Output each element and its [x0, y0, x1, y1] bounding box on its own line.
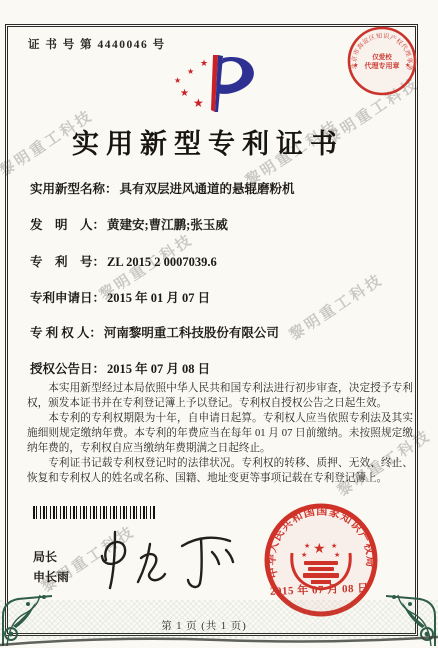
legal-paragraph: 本专利的专利权期限为十年，自申请日起算。专利权人应当依照专利法及其实施细则规定缴…: [27, 411, 413, 456]
field-value: 河南黎明重工科技股份有限公司: [104, 326, 279, 340]
logo-p-bowl: [218, 57, 254, 94]
signature-stroke: [188, 539, 202, 587]
photo-bottom-edge: [0, 632, 438, 648]
director-title: 局长: [33, 547, 69, 567]
ornament-dot: [26, 602, 30, 606]
logo-star-icon: ★: [200, 58, 208, 68]
director-signature: [88, 524, 248, 596]
field-label: 实用新型名称：: [30, 182, 118, 196]
legal-body-text: 本实用新型经过本局依照中华人民共和国专利法进行初步审查，决定授予专利权，颁发本证…: [27, 381, 413, 486]
field-label: 专利申请日：: [30, 291, 105, 305]
certificate-title: 实用新型专利证书: [0, 122, 416, 161]
director-block: 局长 申长雨: [33, 547, 69, 587]
signature-stroke: [110, 532, 115, 588]
emblem-star-icon: ★: [331, 542, 337, 550]
emblem-gate-roof: [304, 561, 338, 565]
sipo-logo: ★ ★ ★ ★ ★: [160, 54, 280, 116]
emblem-star-icon: ★: [304, 542, 310, 550]
logo-star-icon: ★: [180, 88, 189, 99]
logo-star-icon: ★: [187, 67, 194, 76]
emblem-star-icon: ★: [334, 551, 340, 559]
field-filing-date: 专利申请日：2015 年 01 月 07 日: [30, 288, 408, 306]
field-value: 具有双层进风通道的悬辊磨粉机: [120, 182, 295, 196]
field-label: 发 明 人：: [30, 218, 105, 232]
legal-paragraph: 专利证书记载专利权登记时的法律状况。专利权的转移、质押、无效、终止、恢复和专利权…: [27, 456, 413, 486]
field-grant-date: 授权公告日：2015 年 07 月 08 日: [30, 359, 408, 377]
field-label: 授权公告日：: [30, 362, 105, 376]
agency-stamp: 北京市海淀区知识产权代理事务所 仅爱校 代理专用章 ★ ★: [345, 23, 419, 99]
ornament-dot: [392, 595, 396, 599]
logo-star-icon: ★: [174, 76, 181, 85]
field-value: ZL 2015 2 0007039.6: [107, 255, 217, 269]
ornament-dot: [408, 602, 412, 606]
emblem-star-icon: ★: [301, 551, 307, 559]
barcode: [33, 506, 155, 519]
signature-stroke: [212, 552, 219, 564]
agency-stamp-line2: 代理专用章: [365, 61, 400, 70]
field-patentee: 专 利 权 人：河南黎明重工科技股份有限公司: [30, 323, 408, 341]
field-value: 黄建安;曹江鹏;张玉威: [107, 218, 228, 232]
signature-stroke: [182, 538, 230, 546]
ornament-dot: [42, 595, 46, 599]
photo-edge-line: [0, 637, 438, 645]
certificate-number: 证 书 号 第 4440046 号: [28, 36, 166, 52]
field-inventors: 发 明 人：黄建安;曹江鹏;张玉威: [30, 215, 408, 233]
agency-stamp-line1: 仅爱校: [372, 52, 392, 61]
legal-paragraph: 本实用新型经过本局依照中华人民共和国专利法进行初步审查，决定授予专利权，颁发本证…: [27, 381, 413, 411]
agency-stamp-star-icon: ★: [405, 62, 410, 69]
field-utility-model-name: 实用新型名称：具有双层进风通道的悬辊磨粉机: [30, 179, 408, 197]
field-label: 专 利 号：: [30, 255, 105, 269]
field-value: 2015 年 07 月 08 日: [107, 362, 210, 376]
field-value: 2015 年 01 月 07 日: [107, 291, 210, 305]
certificate-photo: 黎明重工科技 黎明重工科技 黎明重工科技 黎明重工科技 黎明重工科技 黎明重工科…: [0, 0, 438, 648]
ornament-leaf: [402, 602, 425, 628]
logo-star-icon: ★: [193, 96, 204, 110]
agency-stamp-star-icon: ★: [353, 62, 358, 69]
emblem-gate-mid: [308, 567, 334, 571]
signature-stroke: [226, 550, 233, 562]
field-label: 专 利 权 人：: [30, 326, 102, 340]
emblem-gate-base: [303, 573, 339, 578]
emblem-star-icon: ★: [313, 542, 326, 557]
ornament-leaf: [13, 602, 36, 628]
field-patent-number: 专 利 号：ZL 2015 2 0007039.6: [30, 252, 408, 270]
